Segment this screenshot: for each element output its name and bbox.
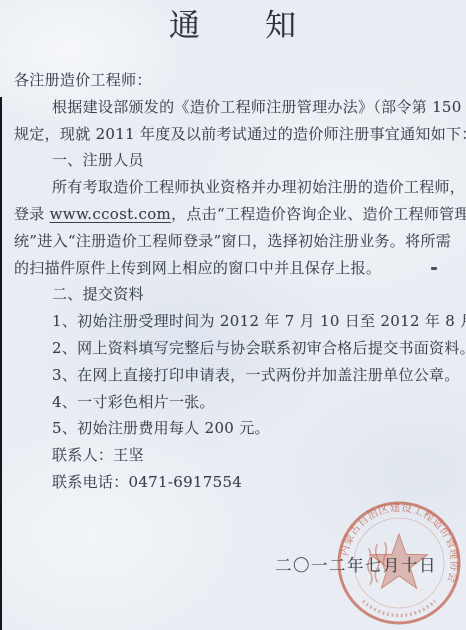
ccost-website-url: www.ccost.com xyxy=(50,205,171,223)
contact-phone-line: 联系电话：0471-6917554 xyxy=(14,469,458,496)
notice-line-salutation: 各注册造价工程师： xyxy=(14,67,458,94)
notice-numbered-item: 4、一寸彩色相片一张。 xyxy=(14,389,458,416)
scan-edge-artifact xyxy=(0,97,2,630)
notice-line: 的扫描件原件上传到网上相应的窗口中并且保存上报。 xyxy=(14,255,458,282)
scanned-notice-page: 通 知 各注册造价工程师： 根据建设部颁发的《造价工程师注册管理办法》（部令第 … xyxy=(0,0,466,630)
notice-line: 所有考取造价工程师执业资格并办理初始注册的造价工程师， xyxy=(14,174,458,201)
date-line: 二〇一二年七月十日 xyxy=(275,552,437,576)
notice-section-heading: 二、提交资料 xyxy=(14,281,458,308)
notice-line: 根据建设部颁发的《造价工程师注册管理办法》（部令第 150 号） xyxy=(14,94,458,121)
notice-numbered-item: 5、初始注册费用每人 200 元。 xyxy=(14,415,458,442)
contact-person-line: 联系人：王坚 xyxy=(14,442,458,469)
notice-line-with-url: 登录 www.ccost.com，点击“工程造价咨询企业、造价工程师管理系 xyxy=(14,201,458,228)
notice-line: 统”进入“注册造价工程师登录”窗口，选择初始注册业务。将所需 xyxy=(14,228,458,255)
scan-speck-artifact xyxy=(431,267,437,270)
notice-numbered-item: 2、网上资料填写完整后与协会联系初审合格后提交书面资料。 xyxy=(14,335,458,362)
notice-numbered-item: 3、在网上直接打印申请表，一式两份并加盖注册单位公章。 xyxy=(14,362,458,389)
url-prefix-text: 登录 xyxy=(14,205,50,223)
notice-section-heading: 一、注册人员 xyxy=(14,147,458,174)
notice-title: 通 知 xyxy=(0,7,466,45)
url-suffix-text: ，点击“工程造价咨询企业、造价工程师管理系 xyxy=(171,205,466,223)
notice-body: 各注册造价工程师： 根据建设部颁发的《造价工程师注册管理办法》（部令第 150 … xyxy=(14,67,458,496)
notice-numbered-item: 1、初始注册受理时间为 2012 年 7 月 10 日至 2012 年 8 月 … xyxy=(14,308,458,335)
notice-line: 规定，现就 2011 年度及以前考试通过的造价师注册事宜通知如下： xyxy=(14,121,458,148)
